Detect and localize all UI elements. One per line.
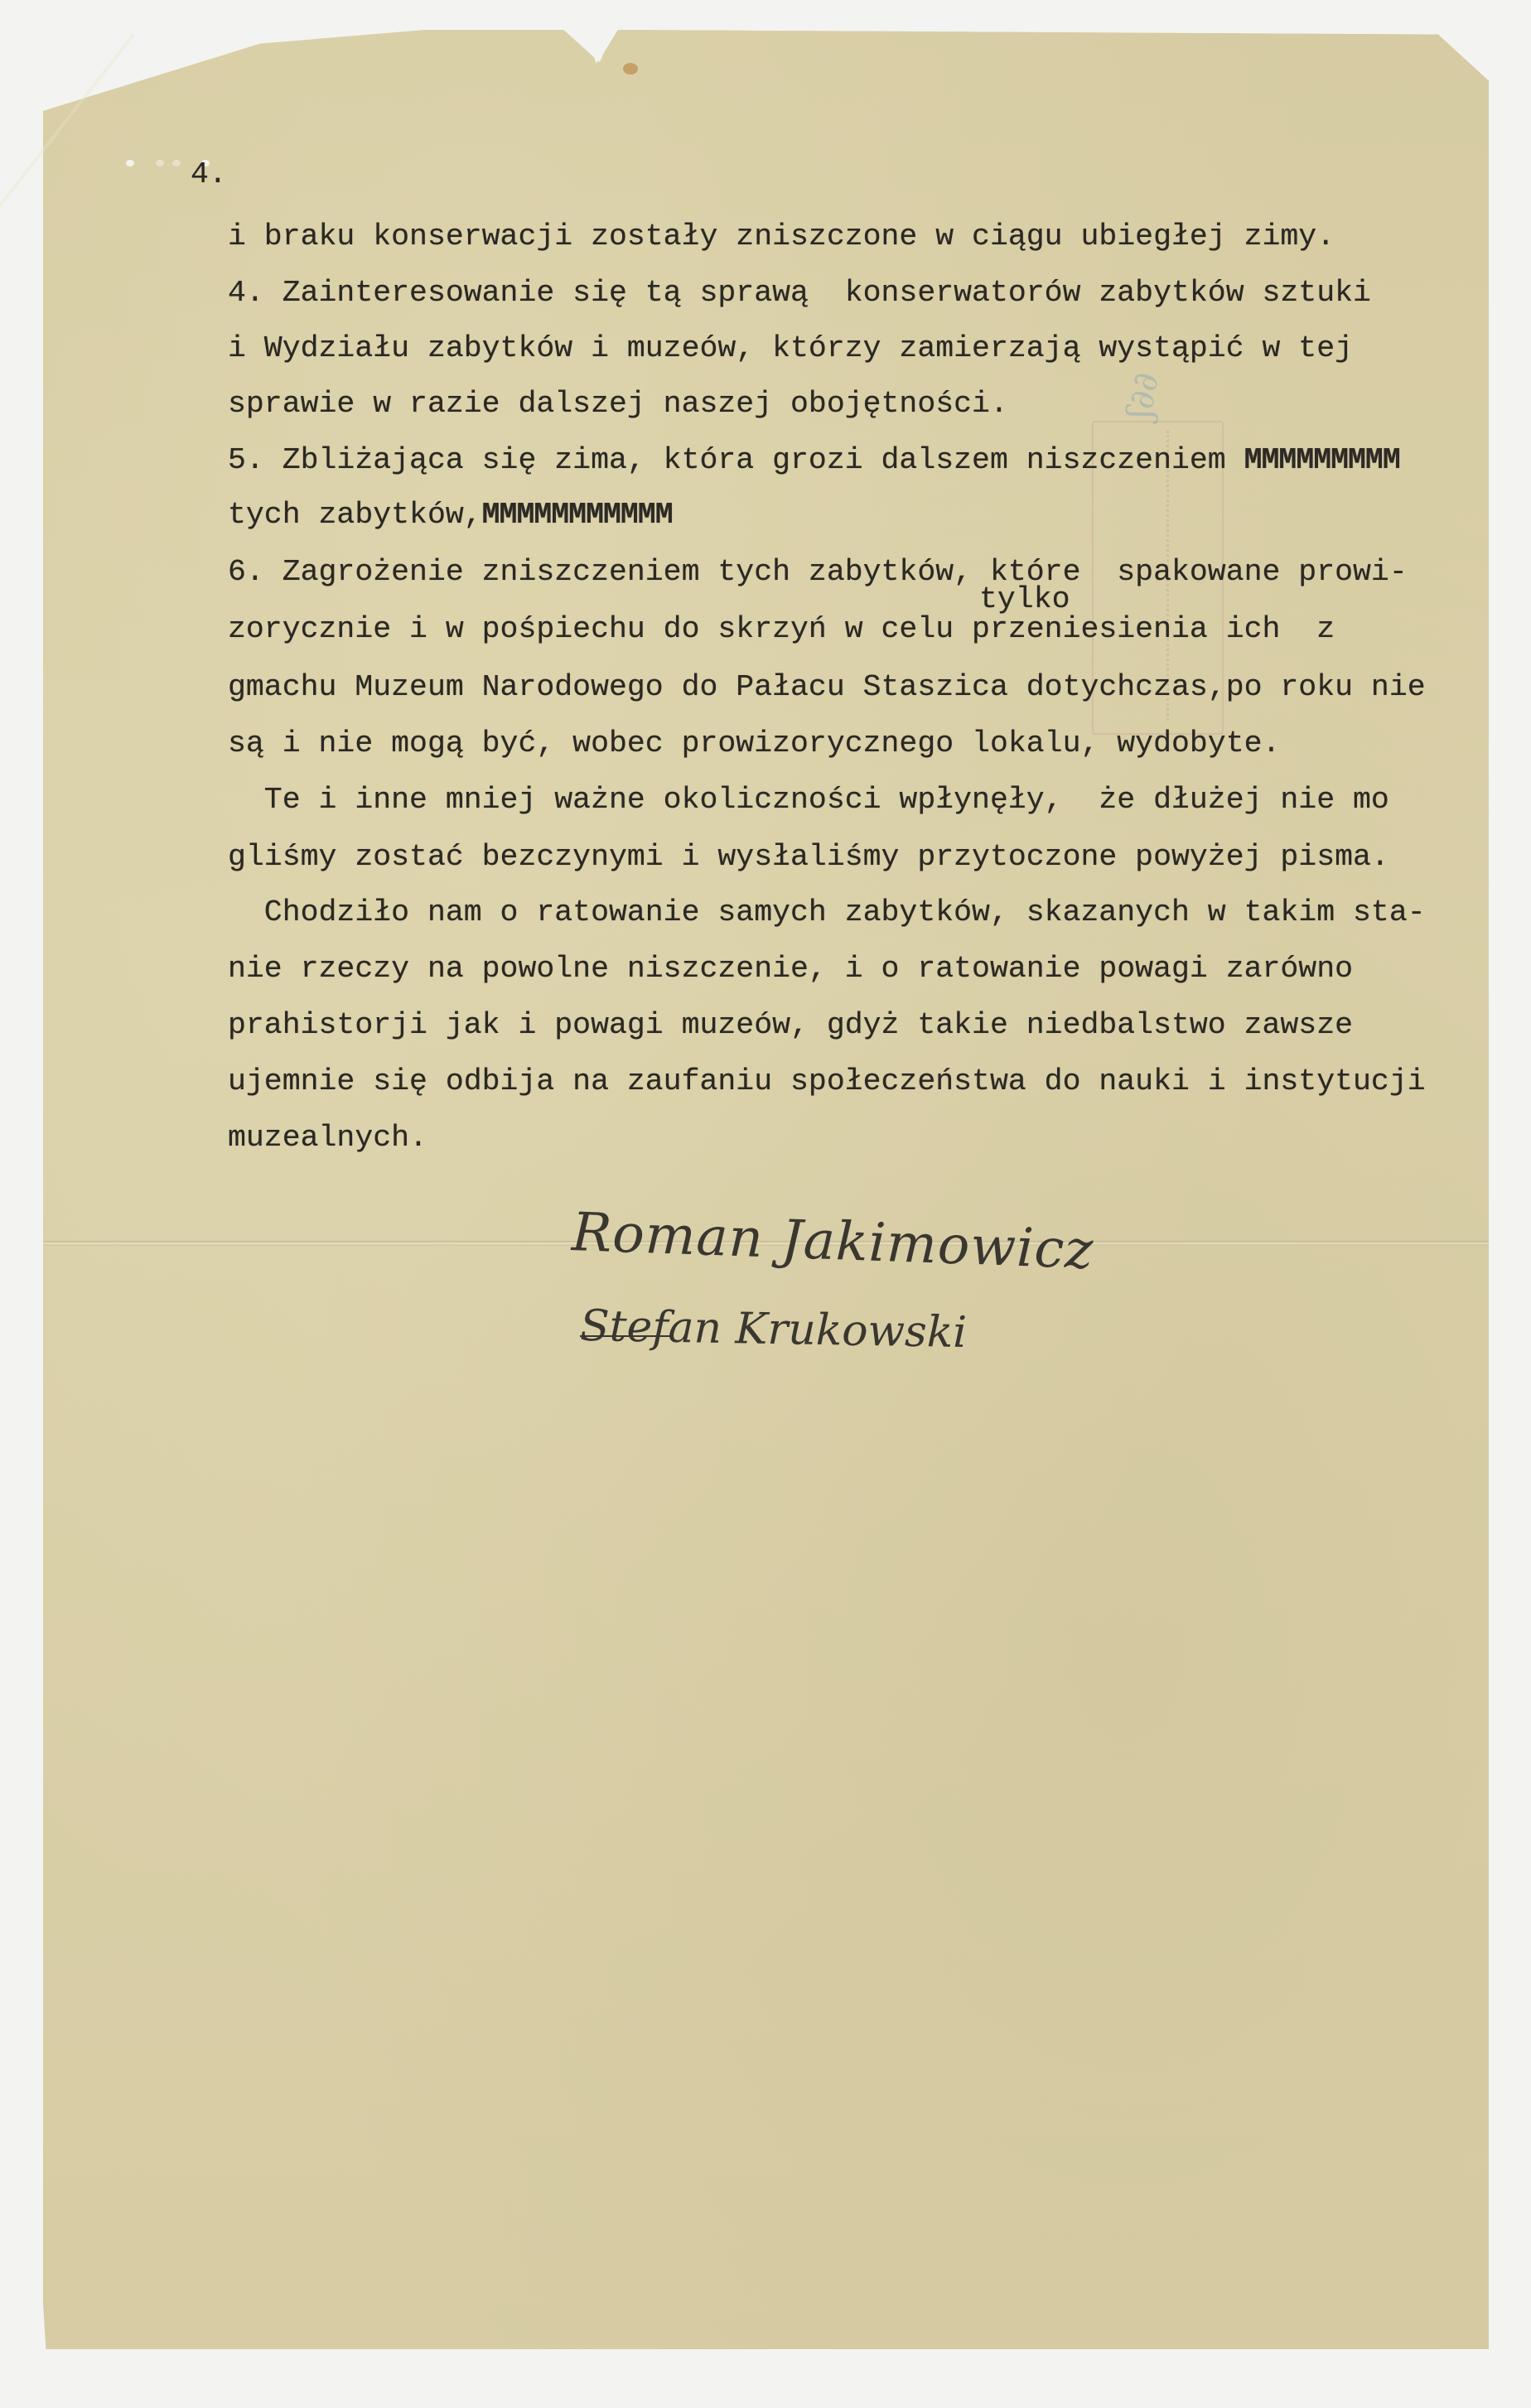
text-line: ujemnie się odbija na zaufaniu społeczeń…	[228, 1067, 1426, 1098]
text-line: Chodziło nam o ratowanie samych zabytków…	[228, 898, 1426, 929]
line-text: gmachu Muzeum Narodowego do Pałacu Stasz…	[228, 670, 1426, 704]
line-text: tych zabytków,	[228, 498, 482, 532]
line-text: 6. Zagrożenie zniszczeniem tych zabytków…	[228, 555, 1408, 589]
text-line: muzealnych.	[228, 1123, 427, 1154]
page-number: 4.	[191, 160, 227, 191]
line-text: 4. Zainteresowanie się tą sprawą konserw…	[228, 276, 1371, 310]
signature-stroke	[580, 1335, 671, 1337]
punch-hole	[156, 160, 164, 166]
line-text: muzealnych.	[228, 1121, 427, 1155]
rust-stain	[623, 63, 638, 75]
paper-sheet	[43, 30, 1489, 2349]
text-line: tych zabytków,MMMMMMMMMMM	[228, 500, 673, 531]
signature-stefan-krukowski: Stefan Krukowski	[580, 1301, 968, 1358]
text-line: 5. Zbliżająca się zima, która grozi dals…	[228, 446, 1400, 476]
line-text: i Wydziału zabytków i muzeów, którzy zam…	[228, 331, 1353, 365]
blue-pencil-annotation: ʃ∂∂	[1118, 369, 1166, 422]
text-line: sprawie w razie dalszej naszej obojętnoś…	[228, 389, 1008, 420]
text-line: gmachu Muzeum Narodowego do Pałacu Stasz…	[228, 673, 1426, 703]
text-line: gliśmy zostać bezczynymi i wysłaliśmy pr…	[228, 842, 1389, 873]
struck-out-text: MMMMMMMMMMM	[482, 498, 673, 532]
line-text: i braku konserwacji zostały zniszczone w…	[228, 220, 1335, 253]
line-text: są i nie mogą być, wobec prowizorycznego…	[228, 726, 1280, 760]
line-text: 5. Zbliżająca się zima, która grozi dals…	[228, 443, 1244, 477]
text-line: 6. Zagrożenie zniszczeniem tych zabytków…	[228, 557, 1408, 588]
line-text: Te i inne mniej ważne okoliczności wpłyn…	[228, 783, 1389, 817]
text-line: są i nie mogą być, wobec prowizorycznego…	[228, 729, 1280, 760]
text-line: 4. Zainteresowanie się tą sprawą konserw…	[228, 278, 1371, 309]
text-line: Te i inne mniej ważne okoliczności wpłyn…	[228, 785, 1389, 816]
line-text: nie rzeczy na powolne niszczenie, i o ra…	[228, 952, 1353, 986]
line-text: prahistorji jak i powagi muzeów, gdyż ta…	[228, 1008, 1353, 1042]
text-line: nie rzeczy na powolne niszczenie, i o ra…	[228, 954, 1353, 985]
line-text: sprawie w razie dalszej naszej obojętnoś…	[228, 387, 1008, 421]
text-line: i Wydziału zabytków i muzeów, którzy zam…	[228, 334, 1353, 364]
line-text: gliśmy zostać bezczynymi i wysłaliśmy pr…	[228, 840, 1389, 874]
punch-hole	[172, 160, 181, 166]
typed-insertion: tylko	[979, 585, 1070, 615]
text-line: i braku konserwacji zostały zniszczone w…	[228, 222, 1335, 253]
text-line: prahistorji jak i powagi muzeów, gdyż ta…	[228, 1011, 1353, 1041]
line-text: Chodziło nam o ratowanie samych zabytków…	[228, 895, 1426, 929]
line-text: zorycznie i w pośpiechu do skrzyń w celu…	[228, 612, 1335, 646]
punch-hole	[126, 160, 134, 166]
text-line: zorycznie i w pośpiechu do skrzyń w celu…	[228, 615, 1335, 645]
line-text: ujemnie się odbija na zaufaniu społeczeń…	[228, 1064, 1426, 1098]
struck-out-text: MMMMMMMMM	[1244, 443, 1400, 477]
